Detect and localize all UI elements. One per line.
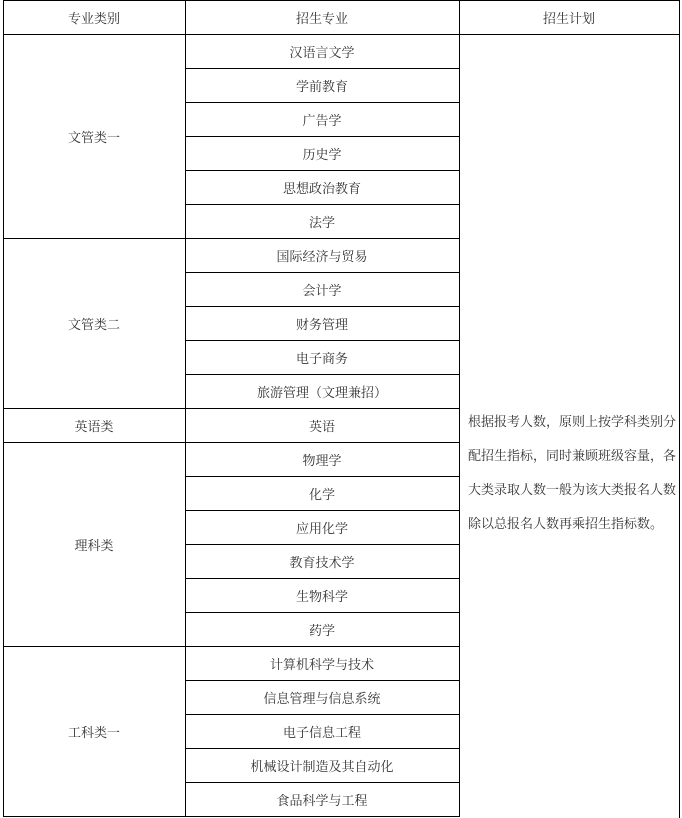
major-cell: 机械设计制造及其自动化: [185, 748, 459, 782]
category-cell: 理科类: [3, 442, 185, 646]
plan-description: 根据报考人数，原则上按学科类别分配招生指标，同时兼顾班级容量，各大类录取人数一般…: [468, 406, 676, 542]
major-cell: 英语: [185, 408, 459, 442]
header-major: 招生专业: [185, 0, 459, 34]
table-border: [185, 816, 460, 817]
major-cell: 食品科学与工程: [185, 782, 459, 816]
major-cell: 历史学: [185, 136, 459, 170]
major-cell: 物理学: [185, 442, 459, 476]
major-cell: 电子商务: [185, 340, 459, 374]
major-cell: 学前教育: [185, 68, 459, 102]
major-cell: 信息管理与信息系统: [185, 680, 459, 714]
major-cell: 计算机科学与技术: [185, 646, 459, 680]
category-cell: 文管类一: [3, 34, 185, 238]
major-cell: 国际经济与贸易: [185, 238, 459, 272]
major-cell: 法学: [185, 204, 459, 238]
major-cell: 应用化学: [185, 510, 459, 544]
major-cell: 生物科学: [185, 578, 459, 612]
major-cell: 药学: [185, 612, 459, 646]
major-cell: 思想政治教育: [185, 170, 459, 204]
table-border: [185, 0, 186, 817]
header-category: 专业类别: [3, 0, 185, 34]
major-cell: 财务管理: [185, 306, 459, 340]
table-border: [679, 0, 680, 818]
header-plan: 招生计划: [459, 0, 679, 34]
major-cell: 电子信息工程: [185, 714, 459, 748]
category-cell: 英语类: [3, 408, 185, 442]
major-cell: 教育技术学: [185, 544, 459, 578]
major-cell: 化学: [185, 476, 459, 510]
major-cell: 会计学: [185, 272, 459, 306]
table-border: [3, 816, 186, 817]
major-cell: 广告学: [185, 102, 459, 136]
category-cell: 工科类一: [3, 646, 185, 816]
table-border: [459, 0, 460, 817]
category-cell: 文管类二: [3, 238, 185, 408]
major-cell: 旅游管理（文理兼招）: [185, 374, 459, 408]
table-border: [3, 0, 4, 817]
major-cell: 汉语言文学: [185, 34, 459, 68]
